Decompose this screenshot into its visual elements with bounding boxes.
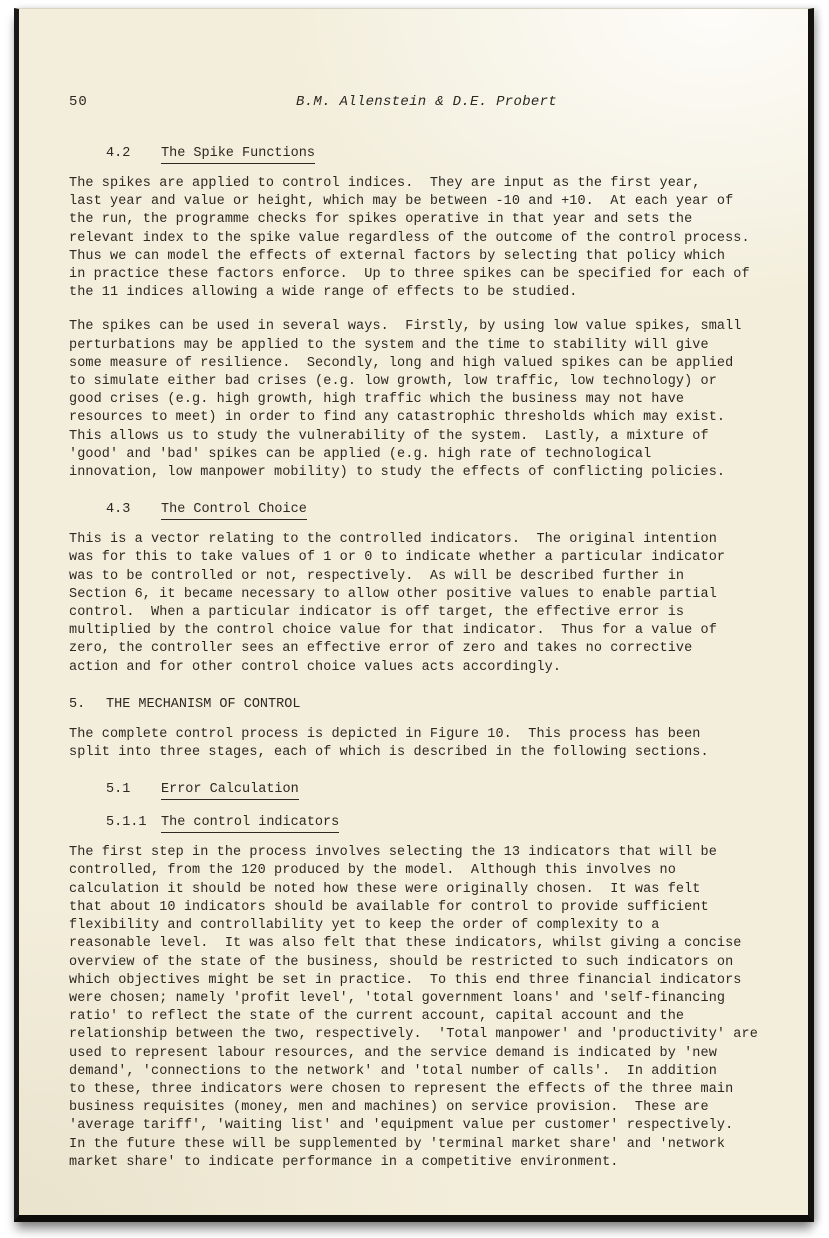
section-heading: 5.1.1The control indicators xyxy=(106,811,784,832)
section-title: THE MECHANISM OF CONTROL xyxy=(106,697,300,712)
paragraph: The spikes are applied to control indice… xyxy=(69,175,784,302)
scanned-page-background: 50 B.M. Allenstein & D.E. Probert 4.2The… xyxy=(0,0,829,1238)
page-content: 50 B.M. Allenstein & D.E. Probert 4.2The… xyxy=(19,9,808,1215)
section-number: 5.1 xyxy=(106,780,161,799)
section-heading: 4.3The Control Choice xyxy=(106,498,784,519)
section-number: 5.1.1 xyxy=(106,813,161,832)
section-title: Error Calculation xyxy=(161,782,299,800)
section-number: 4.3 xyxy=(106,500,161,519)
paper-page: 50 B.M. Allenstein & D.E. Probert 4.2The… xyxy=(14,8,814,1222)
paragraph: This is a vector relating to the control… xyxy=(69,531,784,677)
section-heading: 5.THE MECHANISM OF CONTROL xyxy=(69,693,784,714)
section-heading: 5.1Error Calculation xyxy=(106,778,784,799)
paragraph: The complete control process is depicted… xyxy=(69,726,784,762)
page-header: 50 B.M. Allenstein & D.E. Probert xyxy=(69,93,784,112)
section-heading: 4.2The Spike Functions xyxy=(106,142,784,163)
paragraph: The spikes can be used in several ways. … xyxy=(69,318,784,482)
running-title: B.M. Allenstein & D.E. Probert xyxy=(129,93,724,112)
body-text: 4.2The Spike FunctionsThe spikes are app… xyxy=(69,142,784,1172)
section-number: 4.2 xyxy=(106,144,161,163)
section-number: 5. xyxy=(69,695,106,714)
section-title: The Control Choice xyxy=(161,502,307,520)
paragraph: The first step in the process involves s… xyxy=(69,844,784,1172)
section-title: The Spike Functions xyxy=(161,146,315,164)
section-title: The control indicators xyxy=(161,815,339,833)
page-number: 50 xyxy=(69,93,129,112)
